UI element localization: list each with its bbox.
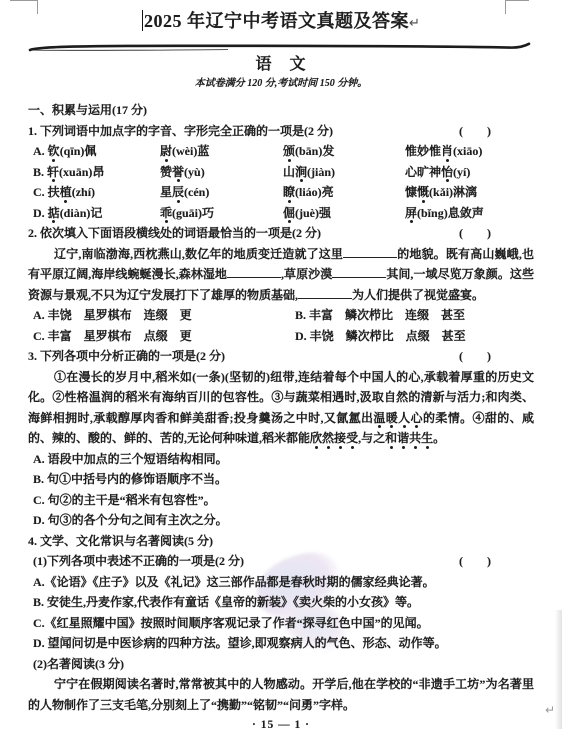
q3-stem-row: 3. 下列各项中分析正确的一项是(2 分) ( ) [28, 346, 534, 367]
blank-line [343, 246, 397, 258]
page-number: · 15 — 1 · [28, 717, 534, 729]
q1-option-row-c: C.扶植(zhí) 星辰(cén) 瞭(liáo)亮 慷慨(kǎi)淋漓 [33, 182, 534, 203]
q4-stem: 4. 文学、文化常识与名著阅读(5 分) [28, 531, 534, 552]
q3-option-d: D. 句③的各个分句之间有主次之分。 [33, 510, 534, 531]
blank-line [332, 266, 386, 278]
q3-answer-bracket: ( ) [459, 346, 491, 367]
q1-option-row-b: B.轩(xuān)昂 赞誉(yù) 山涧(jiàn) 心旷神怡(yí) [33, 162, 534, 183]
q1-stem: 1. 下列词语中加点字的字音、字形完全正确的一项是(2 分) [28, 121, 333, 142]
title-divider-line [28, 42, 534, 54]
q1-option-row-d: D.掂(diàn)记 乖(guāi)巧 倔(juè)强 屏(bǐng)息敛声 [33, 203, 534, 224]
q1-option-row-a: A.钦(qīn)佩 尉(wèi)蓝 颁(bān)发 惟妙惟肖(xiāo) [33, 141, 534, 162]
doc-title[interactable]: 2025 年辽宁中考语文真题及答案 [144, 11, 409, 31]
q4p1-stem-row: (1)下列各项中表述不正确的一项是(2 分) ( ) [28, 551, 534, 572]
q3-option-c: C. 句②的主干是“稻米有包容性”。 [33, 490, 534, 511]
q2-option-d: D. 丰饶 鳞次栉比 点缀 甚至 [295, 326, 534, 347]
q3-stem: 3. 下列各项中分析正确的一项是(2 分) [28, 346, 225, 367]
exam-body: 一、积累与运用(17 分) 1. 下列词语中加点字的字音、字形完全正确的一项是(… [28, 100, 534, 729]
exam-note: 本试卷满分 120 分,考试时间 150 分钟。 [28, 76, 534, 91]
document-page: 2025 年辽宁中考语文真题及答案↵ 语 文 本试卷满分 120 分,考试时间 … [0, 0, 562, 729]
blank-line [298, 287, 352, 299]
q4p1-answer-bracket: ( ) [459, 551, 491, 572]
q2-option-a: A. 丰饶 星罗棋布 连缀 更 [33, 305, 295, 326]
blank-line [227, 266, 281, 278]
q4p1-option-b: B. 安徒生,丹麦作家,代表作有童话《皇帝的新装》《卖火柴的小女孩》等。 [33, 592, 534, 613]
q1-stem-row: 1. 下列词语中加点字的字音、字形完全正确的一项是(2 分) ( ) [28, 121, 534, 142]
q2-options: A. 丰饶 星罗棋布 连缀 更 B. 丰富 鳞次栉比 连缀 甚至 C. 丰富 星… [28, 305, 534, 346]
paragraph-return-icon: ↵ [409, 16, 420, 31]
q2-option-b: B. 丰富 鳞次栉比 连缀 甚至 [295, 305, 534, 326]
q4p2-passage: 宁宁在假期阅读名著时,常常被其中的人物感动。开学后,他在学校的“非遗手工坊”为名… [28, 674, 534, 715]
section-heading: 一、积累与运用(17 分) [28, 100, 534, 121]
q1-answer-bracket: ( ) [459, 121, 491, 142]
q2-answer-bracket: ( ) [459, 223, 491, 244]
q2-stem: 2. 依次填入下面语段横线处的词语最恰当的一项是(2 分) [28, 223, 321, 244]
q4p1-stem: (1)下列各项中表述不正确的一项是(2 分) [33, 551, 244, 572]
q3-options: A. 语段中加点的三个短语结构相同。 B. 句①中括号内的修饰语顺序不当。 C.… [28, 449, 534, 531]
q2-option-c: C. 丰富 星罗棋布 点缀 更 [33, 326, 295, 347]
q4p1-options: A.《论语》《庄子》以及《礼记》这三部作品都是春秋时期的儒家经典论著。 B. 安… [28, 572, 534, 654]
q4p2-stem: (2)名著阅读(3 分) [28, 654, 534, 675]
q2-stem-row: 2. 依次填入下面语段横线处的词语最恰当的一项是(2 分) ( ) [28, 223, 534, 244]
scan-edge-shadow [555, 610, 562, 729]
q3-option-a: A. 语段中加点的三个短语结构相同。 [33, 449, 534, 470]
text-cursor [142, 10, 144, 31]
page-content: 2025 年辽宁中考语文真题及答案↵ 语 文 本试卷满分 120 分,考试时间 … [28, 0, 534, 729]
q2-passage: 辽宁,南临渤海,西枕燕山,数亿年的地质变迁造就了这里的地貌。既有高山巍峨,也有平… [28, 244, 534, 306]
q4p1-option-d: D. 望闻问切是中医诊病的四种方法。望诊,即观察病人的气色、形态、动作等。 [33, 633, 534, 654]
q4p1-option-a: A.《论语》《庄子》以及《礼记》这三部作品都是春秋时期的儒家经典论著。 [33, 572, 534, 593]
paragraph-return-icon: ↵ [545, 703, 555, 717]
q1-options: A.钦(qīn)佩 尉(wèi)蓝 颁(bān)发 惟妙惟肖(xiāo) B.轩… [28, 141, 534, 223]
q3-option-b: B. 句①中括号内的修饰语顺序不当。 [33, 469, 534, 490]
title-row: 2025 年辽宁中考语文真题及答案↵ [28, 8, 534, 37]
q3-passage: ①在漫长的岁月中,稻米如(一条)(坚韧的)纽带,连结着每个中国人的心,承载着厚重… [28, 367, 534, 449]
subject-title: 语 文 [28, 54, 534, 76]
q4p1-option-c: C.《红星照耀中国》按照时间顺序客观记录了作者“探寻红色中国”的见闻。 [33, 613, 534, 634]
